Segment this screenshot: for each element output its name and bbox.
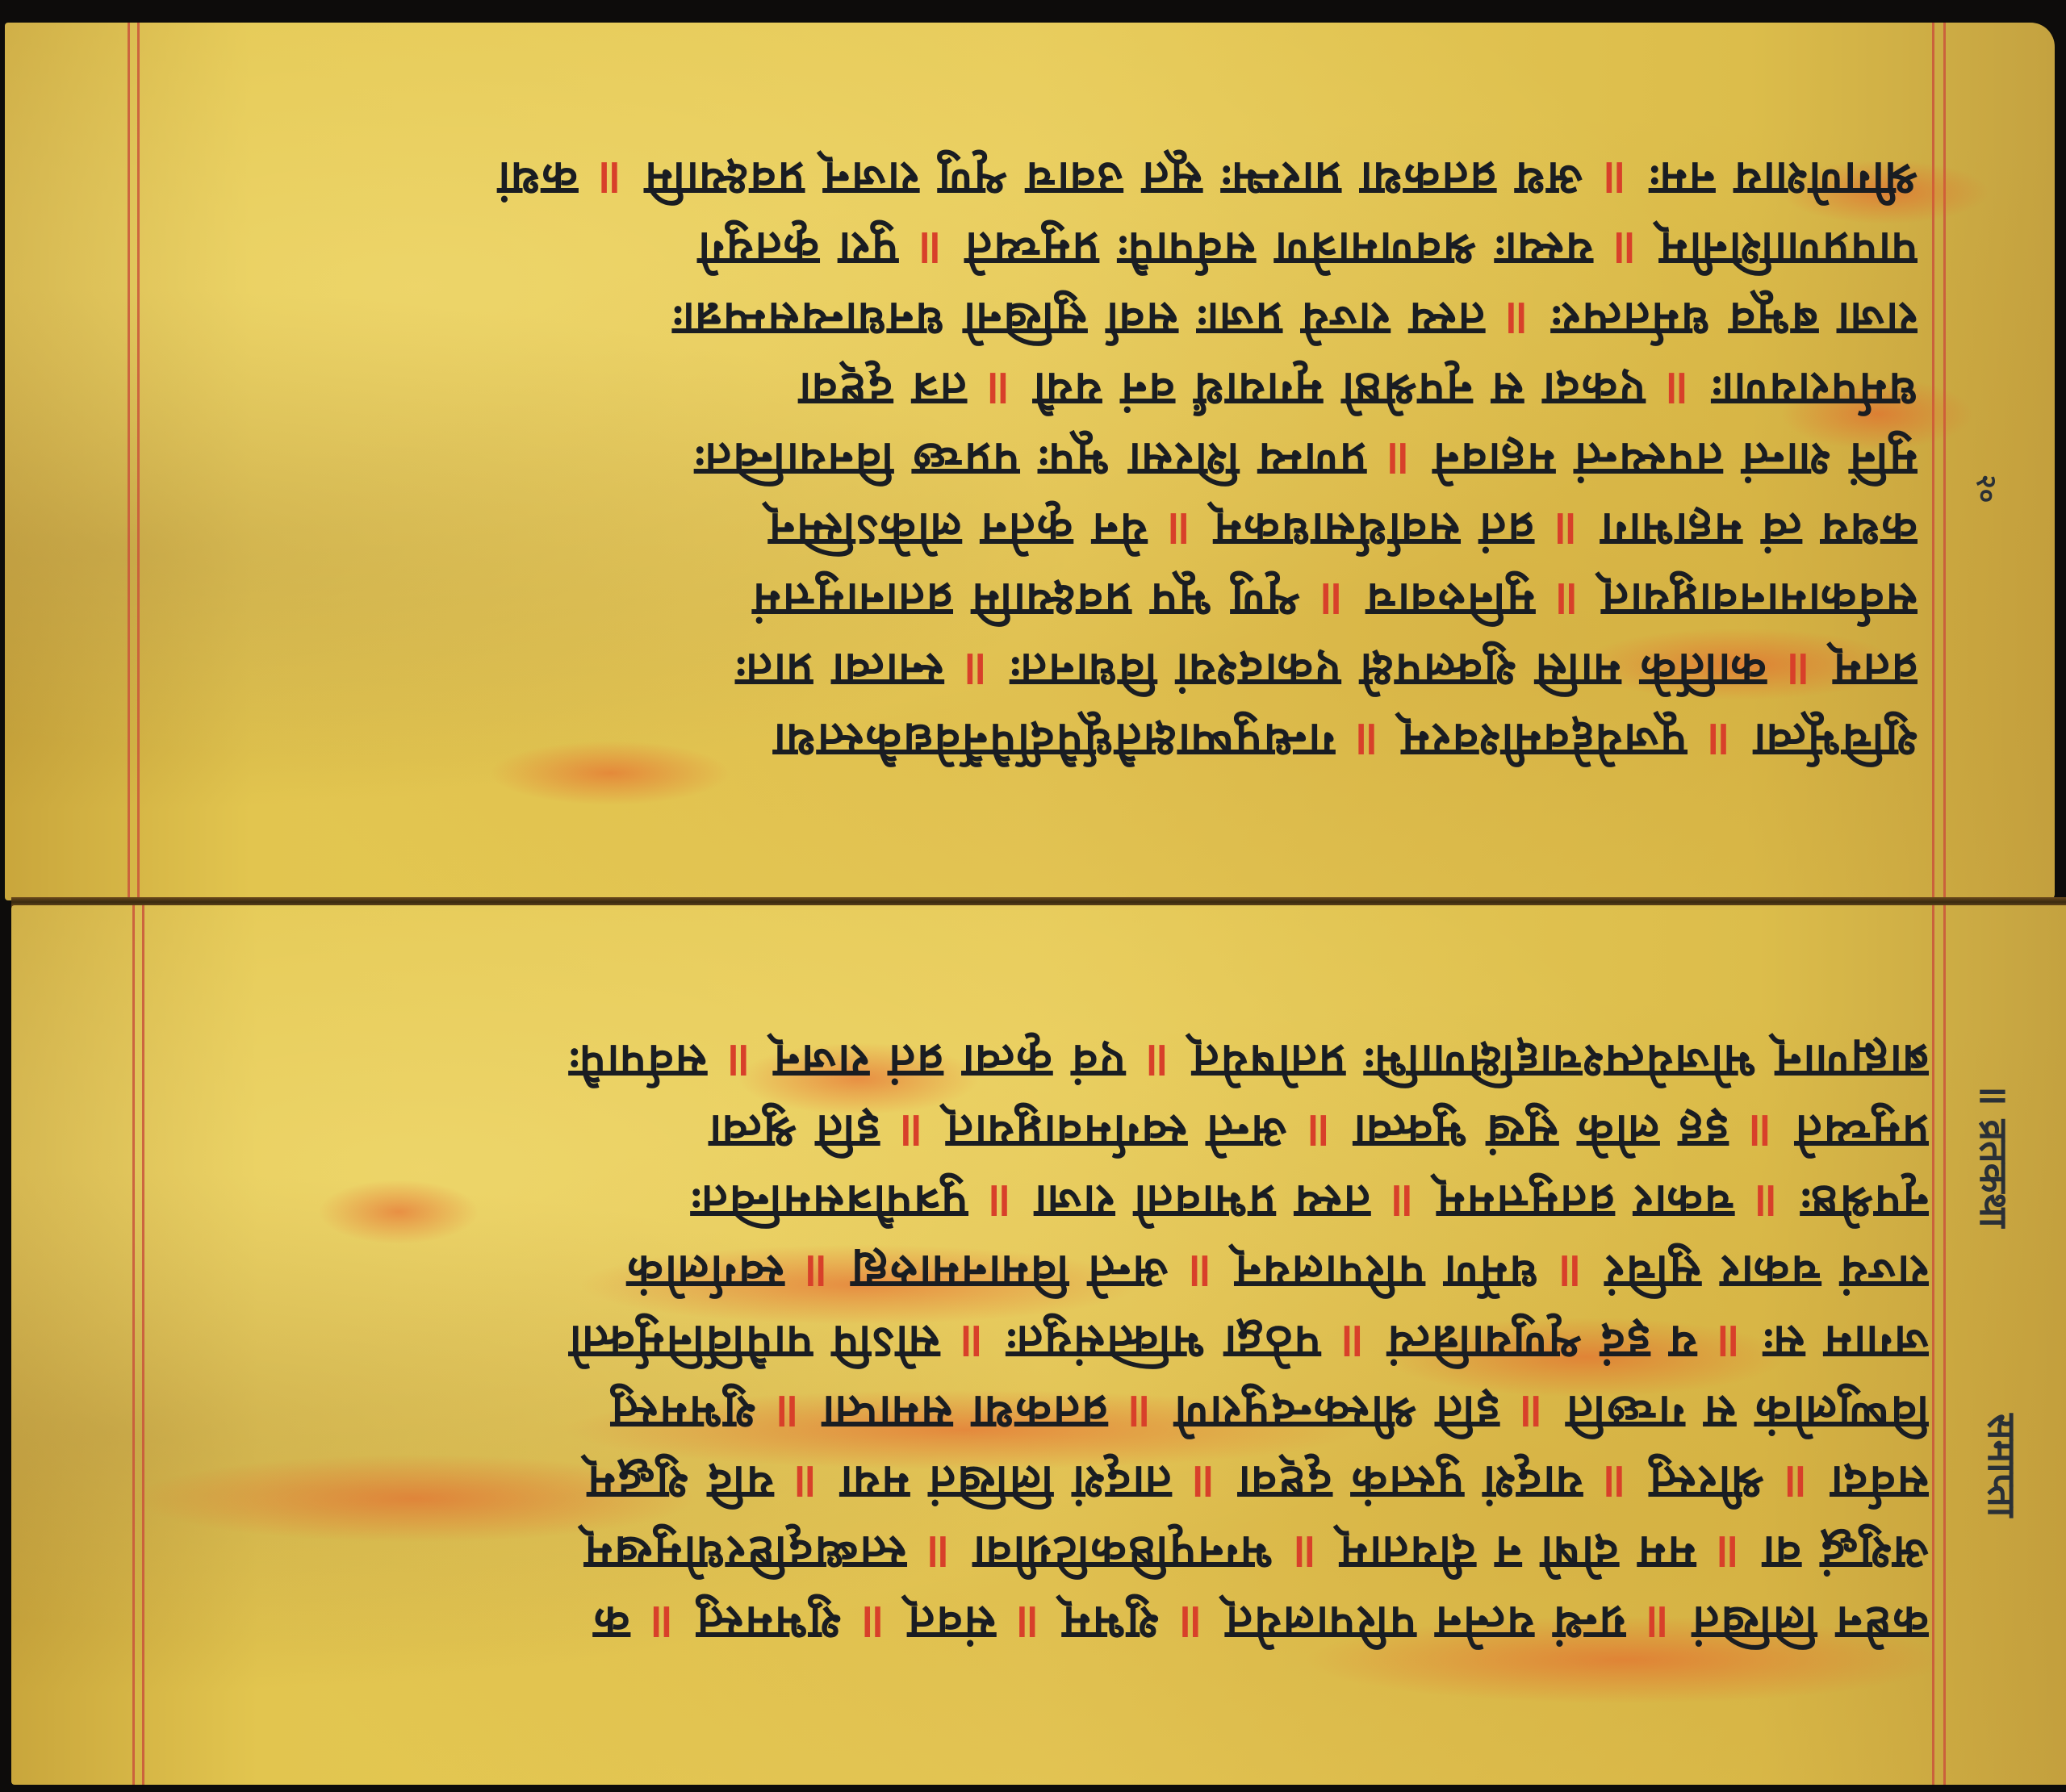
margin-title-note: ॥ व्रतकथा xyxy=(1968,1083,2021,1227)
text-line: कथय त्वं महाभाग ॥ व्रतं सर्वार्थसाधकम् ॥… xyxy=(126,495,1918,565)
bottom-page-text-block: कष्टेन लिखितं ॥ ग्रन्थं यत्नेन परिपालयेत… xyxy=(132,1026,1929,1658)
folio-number: २० xyxy=(1969,474,2006,503)
margin-colophon-note: समाप्ता xyxy=(1976,1414,2029,1517)
right-margin-rule xyxy=(1932,23,1934,900)
top-page-text-block: शुचिर्भूत्वा ॥ पूजयेद्देवमीश्वरम् ॥ गन्ध… xyxy=(126,144,1918,775)
text-line: ब्राह्मणान् भोजयेत्पश्चाद्दक्षिणाभिः प्र… xyxy=(132,1026,1929,1097)
text-line: कष्टेन लिखितं ॥ ग्रन्थं यत्नेन परिपालयेत… xyxy=(132,1588,1929,1658)
manuscript-top-page: शुचिर्भूत्वा ॥ पूजयेद्देवमीश्वरम् ॥ गन्ध… xyxy=(5,23,2055,900)
text-line: प्रमुच्यते ॥ इह लोके सुखं भुक्त्वा ॥ अन्… xyxy=(132,1097,1929,1167)
text-line: सर्वकामानवाप्नुयात् ॥ मुनिरुवाच ॥ शृणु भ… xyxy=(126,565,1918,635)
text-line: व्रतम् ॥ कार्तिके मासि शुक्लपक्षे एकादश्… xyxy=(126,635,1918,705)
text-line: विष्णुलोकं स गच्छति ॥ इति श्रीस्कन्दपुरा… xyxy=(132,1377,1929,1447)
text-line: शुचिर्भूत्वा ॥ पूजयेद्देवमीश्वरम् ॥ गन्ध… xyxy=(126,705,1918,775)
text-line: धर्मपरायणाः ॥ एकदा स नृपश्रेष्ठो मृगयार्… xyxy=(126,354,1918,424)
text-line: राजा बभूव धर्मतत्परः ॥ तस्य राज्ये प्रजा… xyxy=(126,284,1918,354)
text-line: मुनिं शान्तं तपस्यन्तं महावने ॥ प्रणम्य … xyxy=(126,424,1918,495)
text-line: राज्यं चकार सुचिरं ॥ धर्मेण परिपालयन् ॥ … xyxy=(132,1237,1929,1307)
text-line: अशुद्धं वा ॥ मम दोषो न दीयताम् ॥ भग्नपृष… xyxy=(132,1518,1929,1588)
text-line: सर्वदा ॥ श्रीरस्तु ॥ यादृशं पुस्तकं दृष्… xyxy=(132,1447,1929,1518)
text-line: जगाम सः ॥ य इदं शृणुयान्नित्यं ॥ पठेद्वा… xyxy=(132,1307,1929,1377)
text-line: श्रीगणेशाय नमः ॥ अथ व्रतकथा प्रारम्भः सू… xyxy=(126,144,1918,214)
manuscript-bottom-page: कष्टेन लिखितं ॥ ग्रन्थं यत्नेन परिपालयेत… xyxy=(11,905,2066,1785)
text-line: पापप्रणाशिनीम् ॥ यस्याः श्रवणमात्रेण सर्… xyxy=(126,214,1918,284)
text-line: नृपश्रेष्ठः ॥ चकार व्रतमुत्तमम् ॥ तस्य प… xyxy=(132,1167,1929,1237)
right-margin-rule xyxy=(1943,23,1946,900)
